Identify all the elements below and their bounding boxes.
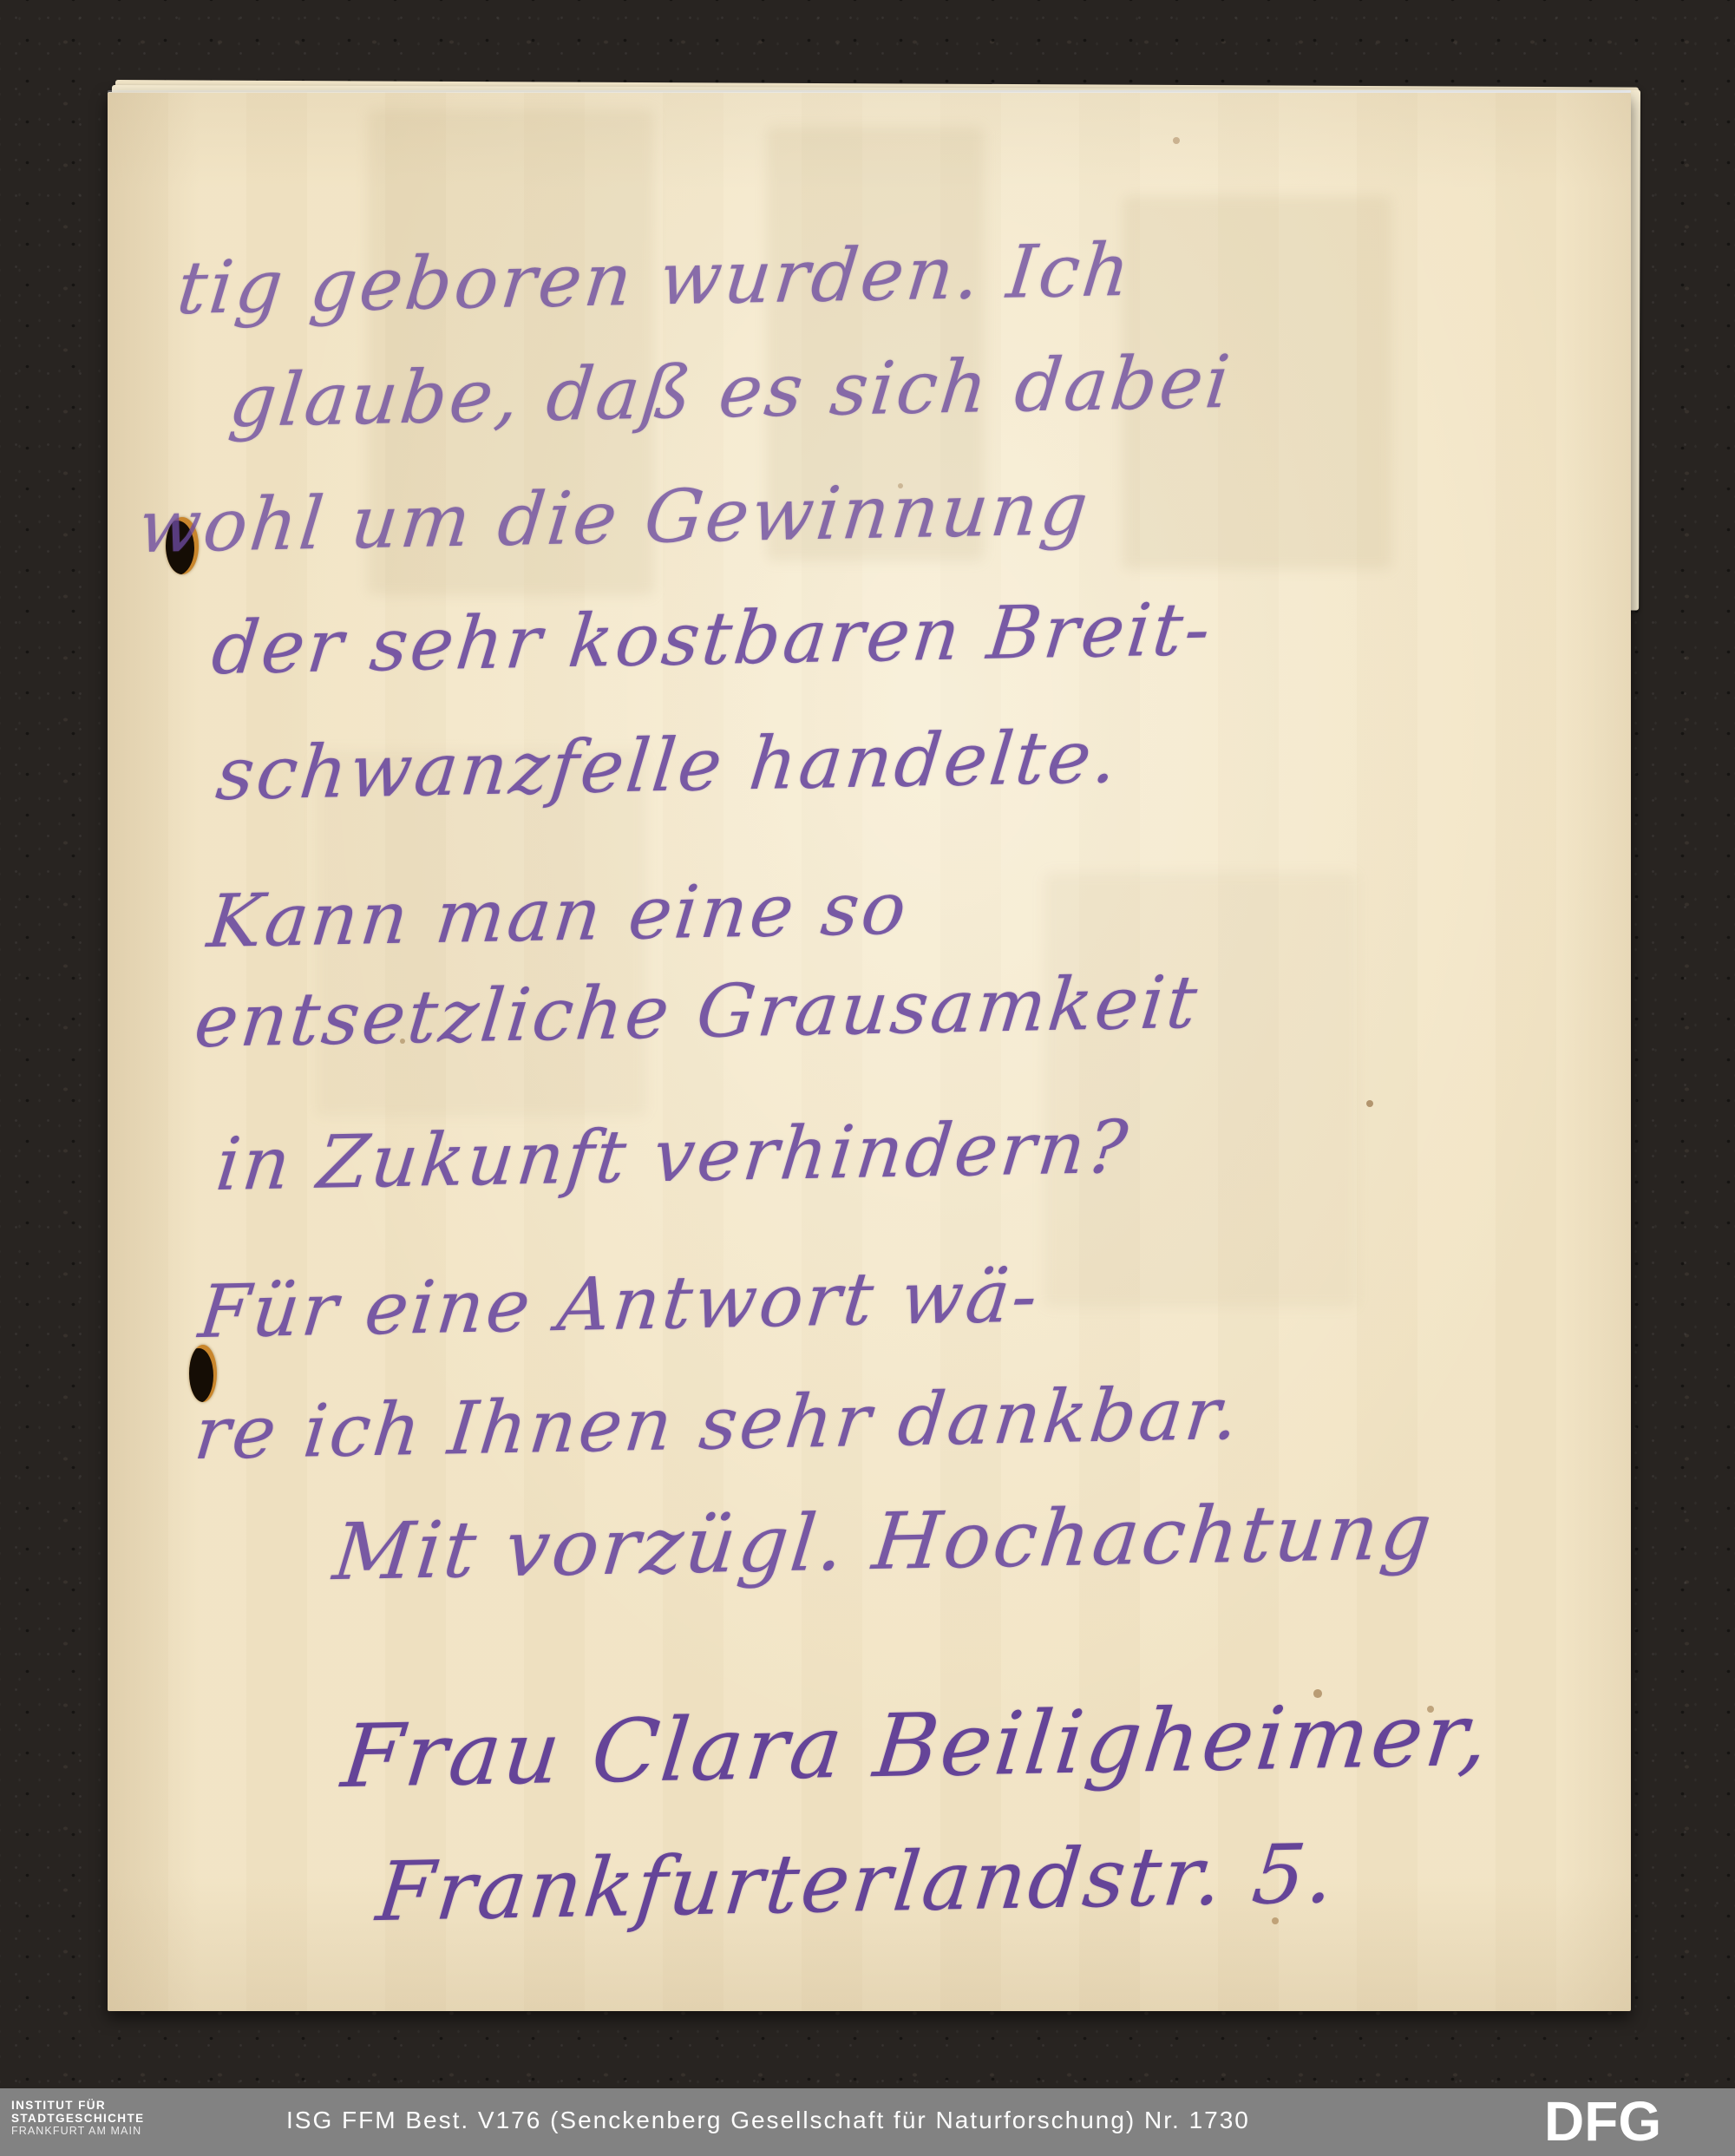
handwriting-line: re ich Ihnen sehr dankbar. <box>192 1377 1245 1470</box>
handwriting-line: Für eine Antwort wä- <box>196 1259 1044 1348</box>
isg-logo-line3: FRANKFURT AM MAIN <box>11 2125 145 2138</box>
handwriting-line: Kann man eine so <box>205 871 913 958</box>
handwriting-line: wohl um die Gewinnung <box>135 472 1094 563</box>
archival-scan-page: tig geboren wurden. Ich glaube, daß es s… <box>0 0 1735 2156</box>
handwriting-address: Frankfurterlandstr. 5. <box>373 1834 1340 1934</box>
isg-logo: INSTITUT FÜR STADTGESCHICHTE FRANKFURT A… <box>11 2100 145 2138</box>
letter-sheet: tig geboren wurden. Ich glaube, daß es s… <box>108 92 1631 2011</box>
dfg-logo: DFG <box>1544 2090 1670 2154</box>
foxing-specks <box>108 92 111 95</box>
isg-logo-line2: STADTGESCHICHTE <box>11 2113 145 2126</box>
handwriting-signature: Frau Clara Beiligheimer, <box>338 1691 1495 1800</box>
handwriting-line: tig geboren wurden. Ich <box>174 233 1136 324</box>
isg-logo-line1: INSTITUT FÜR <box>11 2100 145 2113</box>
handwriting-line: Mit vorzügl. Hochachtung <box>330 1493 1437 1593</box>
archive-reference-caption: ISG FFM Best. V176 (Senckenberg Gesellsc… <box>286 2106 1250 2135</box>
handwriting-line: glaube, daß es sich dabei <box>226 345 1235 437</box>
show-through-mark <box>1044 873 1357 1307</box>
handwriting-line: schwanzfelle handelte. <box>213 720 1123 810</box>
handwriting-line: der sehr kostbaren Breit- <box>209 593 1216 685</box>
handwriting-line: in Zukunft verhindern? <box>213 1111 1133 1201</box>
handwriting-line: entsetzliche Grausamkeit <box>192 966 1203 1058</box>
